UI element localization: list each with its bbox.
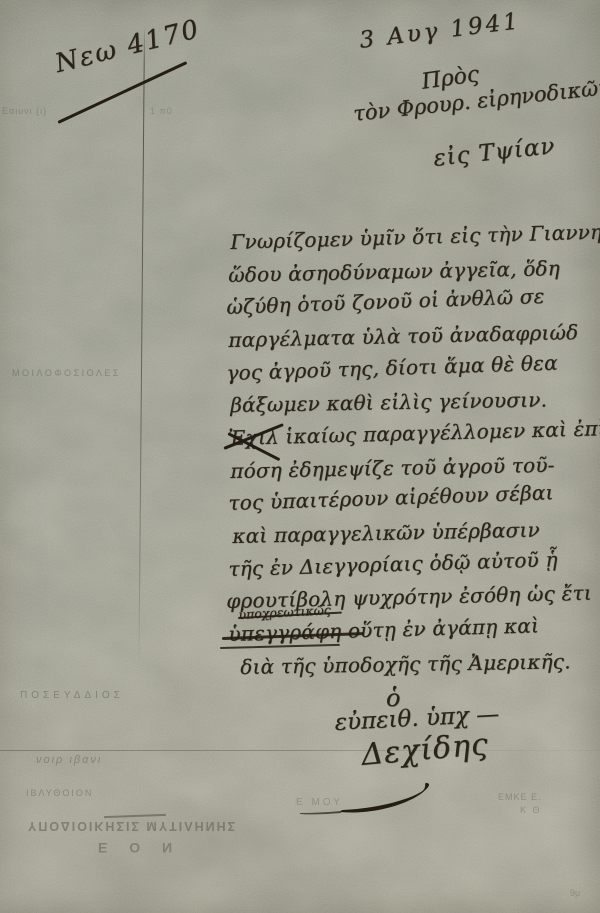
handwriting-line: Ἐχιλ ἱκαίως παραγγέλλομεν καὶ ἐπὶ: [228, 416, 600, 450]
mirrored-stamp-line: ΥΠΟΔΙΟΙΚΗΣΙΣ ΜΥΤΙΛΗΝΗΣ: [28, 819, 237, 833]
handwriting-line: γος ἀγροῦ της, δίοτι ἅμα θὲ θεα: [226, 351, 558, 385]
handwriting-line: Γνωρίζομεν ὑμῖν ὅτι εἰς τὴν Γιαννη: [230, 220, 600, 254]
bleedthrough-fragment: 9μ: [570, 888, 580, 898]
scanned-letter-page: Νεω 4170 3 Αυγ 1941 Πρὸς τὸν Φρουρ. εἰρη…: [0, 0, 600, 913]
stamp-dash-stroke: [104, 814, 166, 818]
bleedthrough-fragment: Κ Θ: [520, 805, 542, 815]
bleedthrough-fragment: Ε ΜΟΥ: [296, 797, 343, 808]
handwriting-line: καὶ παραγγελικῶν ὑπέρβασιν: [232, 518, 540, 548]
bleedthrough-fragment: Εαιυνι (ι): [2, 106, 47, 116]
handwriting-line: ὥδου ἀσηοδύναμων ἀγγεῖα, ὅδη: [228, 256, 560, 287]
bleedthrough-fragment: 1 π0: [150, 106, 173, 116]
bleedthrough-fragment: ΜΟΙΛΟΦΟΣΙΟΛΕΣ: [12, 368, 121, 378]
horizontal-fold-crease: [0, 750, 600, 751]
handwriting-line: τῆς ἐν Διεγγορίαις ὁδῷ αὐτοῦ ᾗ: [228, 547, 558, 581]
handwriting-line: διὰ τῆς ὑποδοχῆς τῆς Ἀμερικῆς.: [240, 649, 571, 679]
mirrored-stamp-line: Ε Ο Ν: [98, 840, 181, 856]
bleedthrough-fragment: νοιρ ιβανι: [36, 754, 102, 766]
bleedthrough-fragment: ΙΒΛΥΘΟΙΟΝ: [26, 788, 93, 798]
handwriting-line: ὡζύθη ὁτοῦ ζονοῦ οἱ ἀνθλῶ σε: [226, 284, 545, 319]
bleedthrough-fragment: ΕΜΚΕ Ε.: [498, 792, 542, 802]
paper-stain: [40, 790, 340, 900]
vertical-fold-crease: [138, 26, 145, 668]
reference-number: Νεω 4170: [52, 14, 203, 79]
addressee-place: εἰς Τψίαν: [432, 133, 557, 172]
letter-date: 3 Αυγ 1941: [358, 8, 522, 54]
handwriting-line: παργέλματα ὑλὰ τοῦ ἀναδαφριώδ: [228, 320, 578, 352]
handwriting-line: τος ὑπαιτέρουν αἱρέθουν σέβαι: [228, 480, 554, 515]
signature: Δεχίδης: [360, 727, 490, 773]
handwriting-line: βάξωμεν καθὶ εἰλὶς γείνουσιν.: [230, 387, 547, 417]
bleedthrough-fragment: ΠΟΣΕΥΔΔΙΟΣ: [20, 690, 124, 701]
